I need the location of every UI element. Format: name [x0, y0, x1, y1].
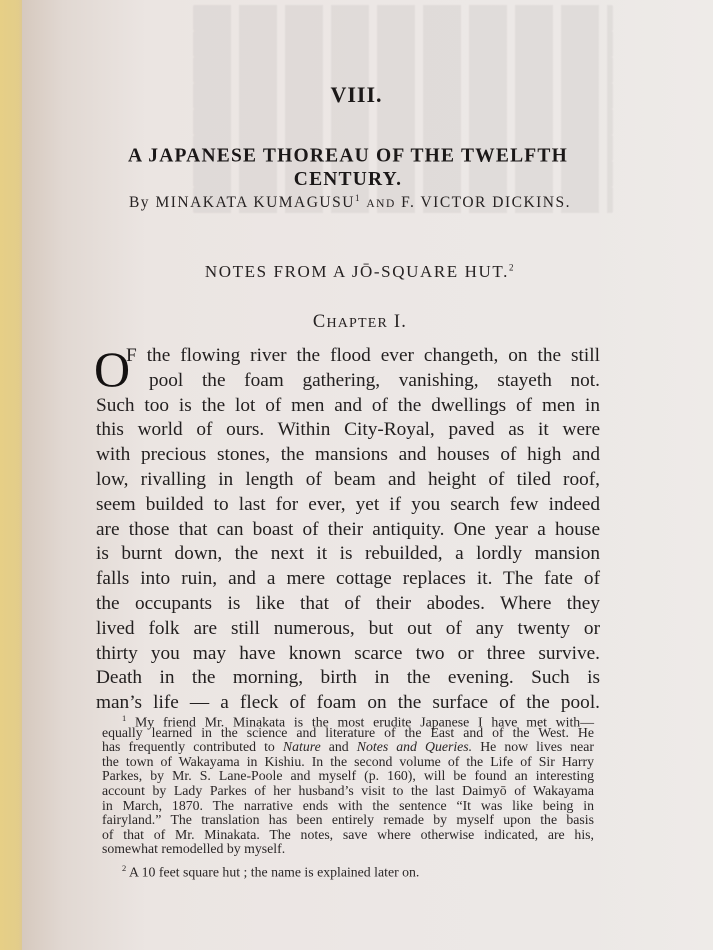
footnote-line: the town of Wakayama in Kishiu. In the s… [102, 755, 594, 770]
text-line: thirty you may have known scarce two or … [96, 642, 600, 667]
author-1: MINAKATA KUMAGUSU [155, 194, 355, 211]
chapter-word: hapter [326, 316, 388, 331]
footnote-ref-1: 1 [355, 193, 361, 203]
footnote-line: account by Lady Parkes of her husband’s … [102, 784, 594, 799]
page-content: VIII. A JAPANESE THOREAU OF THE TWELFTH … [0, 0, 713, 950]
text-line: pool the foam gathering, vanishing, stay… [96, 369, 600, 394]
footnote-line: equally learned in the science and liter… [102, 726, 594, 741]
footnote-line: somewhat remodelled by myself. [102, 842, 594, 857]
byline: By MINAKATA KUMAGUSU1 and F. VICTOR DICK… [120, 193, 580, 212]
footnote-text: A 10 feet square hut ; the name is expla… [129, 865, 419, 880]
section-numeral: VIII. [0, 82, 713, 108]
footnote-line: in March, 1870. The narrative ends with … [102, 799, 594, 814]
footnotes: 1 My friend Mr. Minakata is the most eru… [102, 711, 594, 876]
text-line: Such too is the lot of men and of the dw… [96, 394, 600, 419]
text-line: seem builded to last for ever, yet if yo… [96, 493, 600, 518]
footnote-line: fairyland.” The translation has been ent… [102, 813, 594, 828]
footnote-ref-2: 2 [509, 262, 515, 272]
text-line: falls into ruin, and a mere cottage repl… [96, 567, 600, 592]
text-line: F the flowing river the flood ever chang… [96, 344, 600, 369]
text-line: lived folk are still numerous, but out o… [96, 617, 600, 642]
byline-by: By [129, 194, 150, 211]
chapter-heading: Chapter I. [200, 312, 520, 333]
footnote-italic-notes-and-queries: Notes and Queries. [357, 739, 472, 754]
drop-cap: O [94, 347, 130, 391]
footnote-text: has frequently contributed to [102, 739, 275, 754]
footnote-text: He now lives near [480, 739, 594, 754]
text-line: Death in the morning, birth in the eveni… [96, 666, 600, 691]
text-line: is burnt down, the next it is rebuilded,… [96, 542, 600, 567]
article-title: A JAPANESE THOREAU OF THE TWELFTH CENTUR… [88, 145, 608, 191]
footnote-line: Parkes, by Mr. S. Lane-Poole and myself … [102, 769, 594, 784]
text-line: with precious stones, the mansions and h… [96, 443, 600, 468]
work-title-text: NOTES FROM A JŌ-SQUARE HUT. [205, 262, 509, 281]
text-line: this world of ours. Within City-Royal, p… [96, 418, 600, 443]
footnote-2: 2 A 10 feet square hut ; the name is exp… [102, 861, 594, 876]
footnote-line: of that of Mr. Minakata. The notes, save… [102, 828, 594, 843]
text-line: the occupants is like that of their abod… [96, 592, 600, 617]
by-word: By [129, 194, 150, 211]
footnote-marker: 2 [122, 863, 126, 873]
text-line: are those that can boast of their antiqu… [96, 518, 600, 543]
chapter-number: I. [394, 312, 407, 332]
footnote-1: 1 My friend Mr. Minakata is the most eru… [102, 711, 594, 857]
byline-and: and [366, 198, 395, 210]
footnote-line: 2 A 10 feet square hut ; the name is exp… [102, 861, 594, 876]
footnote-italic-nature: Nature [283, 739, 321, 754]
footnote-line: 1 My friend Mr. Minakata is the most eru… [102, 711, 594, 726]
footnote-marker: 1 [122, 713, 126, 723]
text-line: low, rivalling in length of beam and hei… [96, 468, 600, 493]
work-title: NOTES FROM A JŌ-SQUARE HUT.2 [150, 262, 570, 282]
chapter-initial: C [313, 312, 327, 332]
footnote-text: and [329, 739, 349, 754]
author-2: F. VICTOR DICKINS. [401, 194, 571, 211]
footnote-line: has frequently contributed to Nature and… [102, 740, 594, 755]
body-paragraph: O F the flowing river the flood ever cha… [96, 344, 600, 716]
